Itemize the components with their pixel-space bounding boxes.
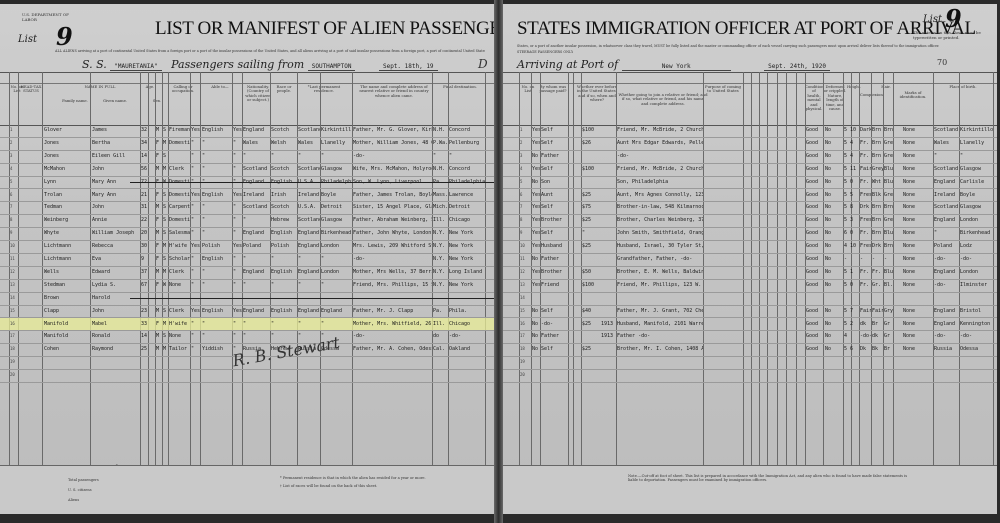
given-name: John (92, 204, 140, 210)
line-number: 13 (10, 282, 18, 287)
col-occupation-header: Calling or occupation. (170, 85, 196, 94)
eye-color: Brn (884, 127, 893, 133)
passage-paid-by: Brother (541, 217, 568, 223)
passage-paid-by: Father (541, 256, 568, 262)
cutoff-note: Note.—Cut-off at foot of sheet. This lis… (628, 474, 908, 483)
hair-color: Fair (872, 308, 883, 314)
birth-city: Bristol (960, 308, 993, 314)
health-condition: Good (806, 282, 823, 288)
occupation: H'wife (169, 321, 190, 327)
residence-city: " (321, 321, 352, 327)
sex: F (156, 140, 162, 146)
height: 5 4 (844, 140, 859, 146)
can-read: Yes (191, 243, 200, 249)
money-held: $25 (582, 243, 600, 249)
complexion: Fr. (860, 282, 871, 288)
hair-color: Brn (872, 140, 883, 146)
height: 4 (844, 333, 859, 339)
table-row: 10LichtmannRebecca30FMH'wifeYesPolishYes… (0, 240, 494, 254)
table-row: 9WhyteWilliam Joseph20MSSalesman"""Engla… (0, 227, 494, 241)
residence-city: Kirkintill. (321, 127, 352, 133)
marital-status: S (163, 127, 168, 133)
nationality: England (243, 230, 270, 236)
hair-color: Fr. (872, 269, 883, 275)
family-name: Lichtmann (44, 243, 90, 249)
can-read: Yes (191, 308, 200, 314)
marital-status: S (163, 217, 168, 223)
has-ticket: Yes (532, 140, 540, 146)
table-row: 3NoFather-do-GoodNo5 4Fr.BrnGreyNone"" (503, 150, 997, 164)
race: Scotch (271, 127, 297, 133)
given-name: Bertha (92, 140, 140, 146)
table-row: 4YesSelf$100Friend, Mr. McBride, 2 Churc… (503, 163, 997, 177)
destination-state: Ill. (433, 321, 448, 327)
page-marker: D (478, 57, 488, 71)
passage-paid-by: Brother (541, 269, 568, 275)
marital-status: M (163, 269, 168, 275)
can-read: " (191, 256, 200, 262)
birth-country: " (934, 153, 959, 159)
hair-color: Gr. (872, 282, 883, 288)
nearest-relative: Mother, William Jones, 48 Glanmor Rd, Ll… (353, 140, 432, 146)
family-name: McMahon (44, 166, 90, 172)
identification-marks: None (903, 256, 933, 262)
sailing-label: Passengers sailing from (171, 58, 304, 71)
nearest-relative: Father, Mr. G. Glover, Kirkintilloch (353, 127, 432, 133)
port-of-arrival: New York (622, 63, 731, 71)
line-number: 18 (520, 346, 530, 351)
marital-status: M (163, 243, 168, 249)
manifest-subtitle-left: ALL ALIENS arriving at a port of contine… (55, 49, 485, 53)
language: " (202, 153, 232, 159)
has-ticket: Yes (532, 230, 540, 236)
joining-relative: Friend, Mr. Phillips, 123 W. 46th St, Ne… (617, 282, 703, 288)
arriving-label: Arriving at Port of (517, 58, 618, 71)
eye-color: Br (884, 346, 893, 352)
passenger-rows-left: 1GloverJames32MSFiremanYesEnglishYesEngl… (0, 124, 494, 466)
given-name: James (92, 127, 140, 133)
hair-color: Brn (872, 127, 883, 133)
residence-country: " (298, 321, 320, 327)
can-write: Yes (233, 127, 242, 133)
eye-color: - (884, 256, 893, 262)
hair-color: Blk (872, 192, 883, 198)
language: " (202, 140, 232, 146)
table-row: 6YesAunt$25Aunt, Mrs Agnes Connolly, 123… (503, 189, 997, 203)
height: 6 0 (844, 230, 859, 236)
destination-city: Pellenburg (449, 140, 485, 146)
birth-country: -do- (934, 256, 959, 262)
birth-country: Poland (934, 243, 959, 249)
table-row: 6TrolanMary Ann21FSDomesticYesEnglishYes… (0, 189, 494, 203)
nationality: " (243, 321, 270, 327)
height: 5 11 (844, 166, 859, 172)
language: " (202, 217, 232, 223)
col-age-header: Age. (140, 85, 160, 89)
given-name: John (92, 166, 140, 172)
steerage-note: STEERAGE PASSENGERS ONLY (517, 50, 573, 54)
col-race-header: Race or people. (272, 85, 296, 94)
table-row: 17ManifoldRonald14MSNone"""""""-do-do-do… (0, 330, 494, 344)
eye-color: Grey (884, 140, 893, 146)
birth-city: London (960, 217, 993, 223)
sex: M (156, 346, 162, 352)
col-destination-header: Final destination. (435, 85, 485, 89)
can-read: Yes (191, 127, 200, 133)
residence-country: Scotland (298, 127, 320, 133)
destination-city: New York (449, 230, 485, 236)
money-held: $75 (582, 204, 600, 210)
table-row: 17NoFather1913Father -do-GoodNo4-do-dkGr… (503, 330, 997, 344)
col-joining-header: Whether going to join a relative or frie… (618, 93, 708, 106)
money-held: $100 (582, 282, 600, 288)
joining-relative: Grandfather, Father, -do- (617, 256, 703, 262)
col-health-header: Condition of health, mental and physical… (805, 85, 823, 111)
can-write: Yes (233, 308, 242, 314)
passage-paid-by: Self (541, 346, 568, 352)
line-number: 4 (10, 166, 18, 171)
residence-country: Scotland (298, 166, 320, 172)
health-condition: Good (806, 256, 823, 262)
family-name: Weinberg (44, 217, 90, 223)
identification-marks: None (903, 179, 933, 185)
destination-state: Mich. (433, 204, 448, 210)
table-row: 14 (503, 292, 997, 306)
line-number: 19 (10, 359, 18, 364)
destination-state: Mass. (433, 192, 448, 198)
can-write: " (233, 333, 242, 339)
deformed: No (825, 346, 843, 352)
nearest-relative: Sister, 15 Angel Place, Glasgow (353, 204, 432, 210)
birth-country: Scotland (934, 204, 959, 210)
manifest-grid-left: No. on List HEAD-TAX STATUS Family name.… (0, 72, 494, 466)
line-number: 1 (10, 127, 18, 132)
line-number: 9 (10, 230, 18, 235)
has-ticket: No (532, 333, 540, 339)
nearest-relative: Father, James Trolan, Boyle (353, 192, 432, 198)
nationality: Poland (243, 243, 270, 249)
language: Polish (202, 243, 232, 249)
hair-color: - (872, 256, 883, 262)
occupation: Domestic (169, 217, 190, 223)
marital-status: S (163, 333, 168, 339)
language: " (202, 269, 232, 275)
language: " (202, 166, 232, 172)
race: English (271, 230, 297, 236)
destination-state: Pa. (433, 308, 448, 314)
can-read: " (191, 217, 200, 223)
birth-country: England (934, 217, 959, 223)
deformed: No (825, 166, 843, 172)
race: " (271, 321, 297, 327)
birth-country: " (934, 230, 959, 236)
birth-country: England (934, 179, 959, 185)
table-row: 18NoSelf$25Brother, Mr. I. Cohen, 1408 A… (503, 343, 997, 357)
complexion: Fresh (860, 243, 871, 249)
can-read: " (191, 321, 200, 327)
passage-paid-by: -do- (541, 321, 568, 327)
deformed: No (825, 230, 843, 236)
identification-marks: None (903, 333, 933, 339)
col-marks-header: Marks of identification. (893, 91, 933, 100)
passage-paid-by: Self (541, 308, 568, 314)
identification-marks: None (903, 127, 933, 133)
list-number: 9 (56, 22, 73, 51)
family-name: Lichtmann (44, 256, 90, 262)
identification-marks: None (903, 346, 933, 352)
birth-city: Ilminster (960, 282, 993, 288)
sex: M (156, 308, 162, 314)
sex: M (156, 333, 162, 339)
race: English (271, 269, 297, 275)
eye-color: Gry (884, 308, 893, 314)
height: - (844, 256, 859, 262)
table-row: 1GloverJames32MSFiremanYesEnglishYesEngl… (0, 124, 494, 138)
list-number-right: 9 (945, 4, 962, 33)
col-hair-header: Hair. (874, 85, 898, 89)
birth-country: Wales (934, 140, 959, 146)
residence-city: Birkenhead (321, 230, 352, 236)
complexion: Fr. (860, 153, 871, 159)
line-number: 3 (10, 153, 18, 158)
line-number: 3 (520, 153, 530, 158)
can-read: " (191, 166, 200, 172)
line-number: 10 (10, 243, 18, 248)
complexion: Fr. (860, 140, 871, 146)
destination-city: Lawrence (449, 192, 485, 198)
previous-us-visit: 1913 (601, 333, 616, 339)
hair-color: Brn (872, 230, 883, 236)
table-row: 14BrownHarold (0, 292, 494, 306)
col-able-header: Able to— (200, 85, 240, 89)
deformed: No (825, 333, 843, 339)
age-years: 25 (141, 346, 148, 352)
age-years: 34 (141, 140, 148, 146)
money-held: $26 (582, 140, 600, 146)
family-name: Tedman (44, 204, 90, 210)
residence-country: Scotland (298, 217, 320, 223)
language: " (202, 321, 232, 327)
strikethrough-line (130, 298, 494, 299)
destination-city: New York (449, 282, 485, 288)
destination-city: Chicago (449, 321, 485, 327)
table-row: 4McMahonJohn56MMClerk"""ScotlandScotchSc… (0, 163, 494, 177)
marital-status: S (163, 308, 168, 314)
joining-relative: Brother-in-law, 548 Kilmarnock Ave, Detr… (617, 204, 703, 210)
deformed: No (825, 140, 843, 146)
marital-status: S (163, 192, 168, 198)
line-number: 16 (520, 321, 530, 326)
marital-status: S (163, 230, 168, 236)
eye-color: Grey (884, 217, 893, 223)
age-years: 9 (141, 256, 148, 262)
joining-relative: Son, Philadelphia (617, 179, 703, 185)
joining-relative: John Smith, Smithfield, Orange Co. N.Y. (617, 230, 703, 236)
joining-relative: Husband, Manifold, 2101 Warren St, Chica… (617, 321, 703, 327)
sex: F (156, 321, 162, 327)
eye-color: Gr (884, 333, 893, 339)
col-last-residence-header: *Last permanent residence. (298, 85, 350, 94)
birth-city: Carlisle (960, 179, 993, 185)
deformed: No (825, 179, 843, 185)
height: 5 5 (844, 192, 859, 198)
health-condition: Good (806, 243, 823, 249)
birth-city: Lodz (960, 243, 993, 249)
health-condition: Good (806, 204, 823, 210)
line-number: 13 (520, 282, 530, 287)
eye-color: Blue (884, 166, 893, 172)
age-years: 33 (141, 321, 148, 327)
table-row: 10YesHusband$25Husband, Israel, 30 Tyler… (503, 240, 997, 254)
given-name: Lydia S. (92, 282, 140, 288)
line-number: 20 (10, 372, 18, 377)
deformed: No (825, 217, 843, 223)
birth-country: Russia (934, 346, 959, 352)
deformed: No (825, 321, 843, 327)
family-name: Glover (44, 127, 90, 133)
age-years: 14 (141, 333, 148, 339)
joining-relative: Friend, Mr. McBride, 2 Church Street, Co… (617, 127, 703, 133)
destination-city: Phila. (449, 308, 485, 314)
nationality: " (243, 217, 270, 223)
birth-city: -do- (960, 256, 993, 262)
ship-name: "MAURETANIA" (110, 63, 161, 71)
has-ticket: No (532, 256, 540, 262)
destination-city: " (449, 153, 485, 159)
residence-country: England (298, 269, 320, 275)
sex: M (156, 127, 162, 133)
destination-state: N.Y. (433, 269, 448, 275)
residence-country: England (298, 243, 320, 249)
has-ticket: No (532, 308, 540, 314)
sex: F (156, 192, 162, 198)
line-number: 18 (10, 346, 18, 351)
language: " (202, 204, 232, 210)
passage-paid-by: Self (541, 166, 568, 172)
line-number: 6 (10, 192, 18, 197)
manifest-right-page: STATES IMMIGRATION OFFICER AT PORT OF AR… (503, 4, 997, 514)
list-label-right: List (923, 14, 942, 25)
joining-relative: Aunt, Mrs Agnes Connolly, 123 Middle St,… (617, 192, 703, 198)
destination-state: Ill. (433, 217, 448, 223)
given-name: Mabel (92, 321, 140, 327)
joining-relative: Aunt Mrs Edgar Edwards, Pellenburg, Penn… (617, 140, 703, 146)
birth-country: Scotland (934, 166, 959, 172)
marital-status: S (163, 256, 168, 262)
nationality: " (243, 333, 270, 339)
money-held: $25 (582, 217, 600, 223)
residence-city: Boyle (321, 192, 352, 198)
manifest-title-right: STATES IMMIGRATION OFFICER AT PORT OF AR… (517, 18, 976, 40)
nationality: " (243, 153, 270, 159)
race: Polish (271, 243, 297, 249)
line-number: 6 (520, 192, 530, 197)
residence-city: London (321, 269, 352, 275)
deformed: No (825, 308, 843, 314)
col-relative-header: The name and complete address of nearest… (355, 85, 433, 98)
col-birthplace-header: Place of birth. (933, 85, 993, 89)
sex: M (156, 230, 162, 236)
sex: F (156, 256, 162, 262)
nearest-relative: Mrs. Lewis, 209 Whitford St, Whitechapel… (353, 243, 432, 249)
age-years: 32 (141, 127, 148, 133)
complexion: Fair (860, 166, 871, 172)
col-paid-by-header: By whom was passage paid? (539, 85, 567, 94)
language: " (202, 282, 232, 288)
manifest-grid-right: No. on List By whom was passage paid? Wh… (503, 72, 997, 466)
family-name: Lynn (44, 179, 90, 185)
family-name: Clapp (44, 308, 90, 314)
line-number: 17 (10, 333, 18, 338)
height: 5 6 (844, 346, 859, 352)
has-ticket: No (532, 321, 540, 327)
birth-city: Glasgow (960, 166, 993, 172)
family-name: Jones (44, 140, 90, 146)
race: Scotch (271, 204, 297, 210)
can-write: " (233, 256, 242, 262)
passage-paid-by: Self (541, 230, 568, 236)
destination-city: Long Island (449, 269, 485, 275)
nearest-relative: -do- (353, 153, 432, 159)
line-number: 5 (520, 179, 530, 184)
health-condition: Good (806, 127, 823, 133)
marital-status: M (163, 140, 168, 146)
sex: M (156, 204, 162, 210)
has-ticket: Yes (532, 282, 540, 288)
destination-state: N.Y. (433, 243, 448, 249)
height: 5 3 (844, 217, 859, 223)
nearest-relative: -do- (353, 256, 432, 262)
aliens-label: Aliens (68, 498, 79, 502)
height: 5 7 (844, 308, 859, 314)
complexion: - (860, 256, 871, 262)
line-number: 19 (520, 359, 530, 364)
nearest-relative: Mother, Mrs Wells, 37 Berridge Rd, Upper… (353, 269, 432, 275)
complexion: Dk (860, 346, 871, 352)
can-write: Yes (233, 192, 242, 198)
line-number: 10 (520, 243, 530, 248)
race: " (271, 282, 297, 288)
destination-state: N.H. (433, 127, 448, 133)
can-write: " (233, 217, 242, 223)
family-name: Stedman (44, 282, 90, 288)
table-row: 5NoSonSon, PhiladelphiaGoodNo5 0Fr.WhtBl… (503, 176, 997, 190)
manifest-scan: U.S. DEPARTMENT OF LABOR List 9 LIST OR … (0, 0, 1000, 523)
marital-status: M (163, 166, 168, 172)
given-name: Eva (92, 256, 140, 262)
nearest-relative: Father, Mr. A. Cohen, Odessa (353, 346, 432, 352)
occupation: Domestic (169, 192, 190, 198)
occupation: Salesman (169, 230, 190, 236)
race: " (271, 333, 297, 339)
money-held: $100 (582, 166, 600, 172)
nationality: England (243, 127, 270, 133)
age-years: 67 (141, 282, 148, 288)
height: 5 2 (844, 321, 859, 327)
eye-color: Gr (884, 321, 893, 327)
can-write: " (233, 282, 242, 288)
eye-color: Grey (884, 192, 893, 198)
given-name: William Joseph (92, 230, 140, 236)
line-number: 16 (10, 321, 18, 326)
table-row: 8WeinbergAnnie22FSDomestic""""HebrewScot… (0, 214, 494, 228)
hair-color: Grey (872, 166, 883, 172)
has-ticket: Yes (532, 217, 540, 223)
passage-paid-by: Self (541, 140, 568, 146)
family-name: Brown (44, 295, 90, 301)
joining-relative: Brother, E. M. Wells, Baldwin Ave, Long … (617, 269, 703, 275)
race: English (271, 308, 297, 314)
